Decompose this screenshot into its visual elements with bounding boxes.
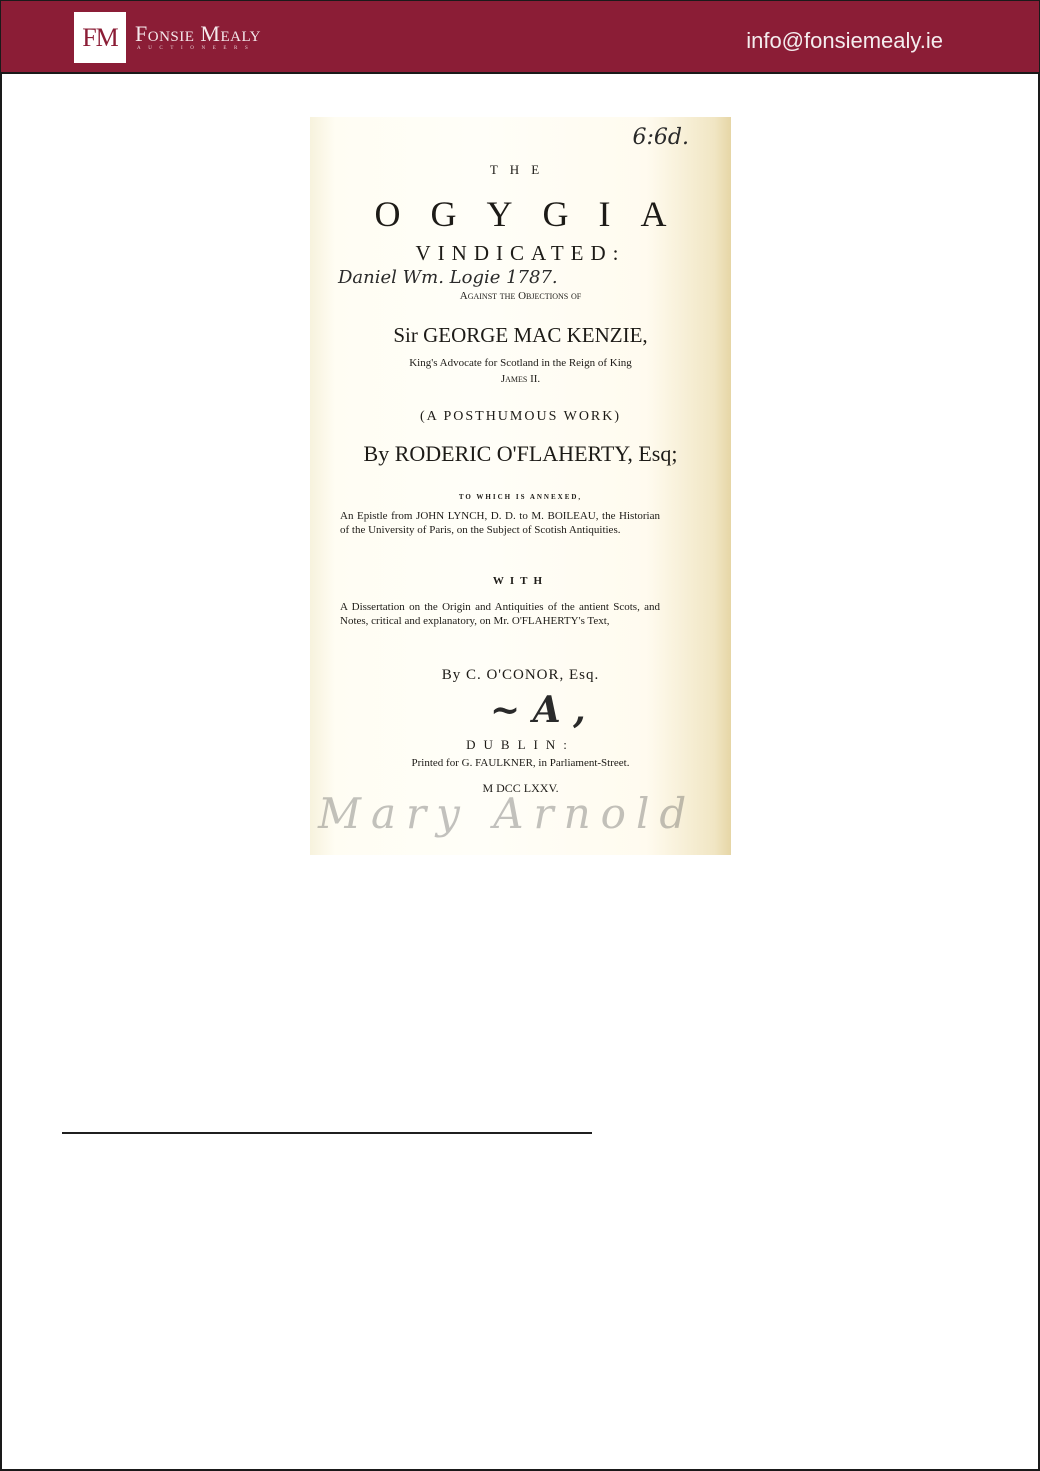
oconor-line: By C. O'CONOR, Esq. xyxy=(310,667,731,684)
logo-monogram: FM xyxy=(82,23,118,53)
faded-inscription: Mary Arnold xyxy=(318,789,696,838)
title-the: THE xyxy=(310,162,731,178)
title-main: OGYGIA xyxy=(310,193,731,235)
brand-name: Fonsie Mealy xyxy=(135,21,261,47)
printer-line: Printed for G. FAULKNER, in Parliament-S… xyxy=(310,757,731,769)
handwritten-signature: Daniel Wm. Logie 1787. xyxy=(338,267,558,288)
advocate-line: King's Advocate for Scotland in the Reig… xyxy=(310,357,731,369)
dissertation-paragraph: A Dissertation on the Origin and Antiqui… xyxy=(340,600,660,628)
with-line: WITH xyxy=(310,575,731,587)
sir-george-line: Sir GEORGE MAC KENZIE, xyxy=(310,323,731,348)
lot-image-title-page: 6:6d. THE OGYGIA VINDICATED: Daniel Wm. … xyxy=(310,117,731,855)
james-line: James II. xyxy=(310,373,731,385)
annexed-line: To which is annexed, xyxy=(310,493,731,501)
title-vindicated: VINDICATED: xyxy=(310,241,731,266)
brand-subtitle: Auctioneers xyxy=(137,46,255,51)
ink-ornament-icon: ~ A , xyxy=(490,689,586,731)
contact-email-link[interactable]: info@fonsiemealy.ie xyxy=(746,28,943,54)
logo-monogram-box: FM xyxy=(74,12,126,63)
author-line: By RODERIC O'FLAHERTY, Esq; xyxy=(310,441,731,467)
horizontal-divider xyxy=(62,1132,592,1134)
epistle-paragraph: An Epistle from JOHN LYNCH, D. D. to M. … xyxy=(340,509,660,537)
header-banner: FM Fonsie Mealy Auctioneers info@fonsiem… xyxy=(1,1,1039,74)
handwritten-price: 6:6d. xyxy=(633,125,689,150)
posthumous-line: (A POSTHUMOUS WORK) xyxy=(310,409,731,425)
dublin-line: DUBLIN: xyxy=(310,737,731,753)
against-line: Against the Objections of xyxy=(310,290,731,302)
